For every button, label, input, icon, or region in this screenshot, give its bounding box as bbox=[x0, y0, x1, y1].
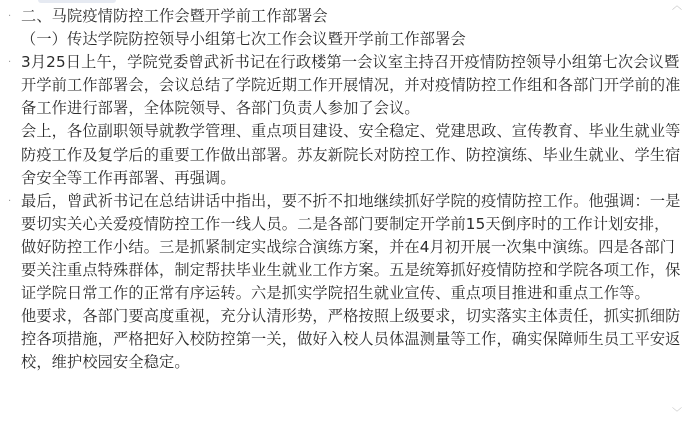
scroll-up-icon[interactable]: ︿ bbox=[672, 3, 682, 11]
paragraph-line: 证学院日常工作的正常有序运转。六是抓实学院招生就业宣传、重点项目推进和重点工作等… bbox=[21, 284, 650, 302]
paragraph-line: 最后，曾武祈书记在总结讲话中指出，要不折不扣地继续抓好学院的疫情防控工作。他强调… bbox=[21, 192, 681, 210]
paragraph-requirements: 他要求，各部门要高度重视，充分认清形势，严格按照上级要求，切实落实主体责任，抓实… bbox=[21, 305, 683, 374]
top-edge-bar bbox=[38, 0, 116, 3]
paragraph-line: 防疫工作及复学后的重要工作做出部署。苏友新院长对防控工作、防控演练、毕业生就业、… bbox=[21, 146, 681, 164]
document-body: ·二、马院疫情防控工作会暨开学前工作部署会 （一）传达学院防控领导小组第七次工作… bbox=[21, 5, 683, 375]
bullet-marker: · bbox=[8, 51, 14, 74]
paragraph-line: 会上，各位副职领导就教学管理、重点项目建设、安全稳定、党建思政、宣传教育、毕业生… bbox=[21, 122, 681, 140]
paragraph-line: 校，维护校园安全稳定。 bbox=[21, 353, 190, 371]
paragraph-line: 3月25日上午，学院党委曾武祈书记在行政楼第一会议室主持召开疫情防控领导小组第七… bbox=[21, 53, 679, 71]
paragraph-line: 做好防控工作小结。三是抓紧制定实战综合演练方案，并在4月初开展一次集中演练。四是… bbox=[21, 238, 675, 256]
paragraph-line: 舍安全等工作再部署、再强调。 bbox=[21, 169, 236, 187]
paragraph-line: 备工作进行部署，全体院领导、各部门负责人参加了会议。 bbox=[21, 99, 420, 117]
subheading-text: （一）传达学院防控领导小组第七次工作会议暨开学前工作部署会 bbox=[21, 30, 466, 48]
heading-text: 二、马院疫情防控工作会暨开学前工作部署会 bbox=[21, 7, 328, 25]
paragraph-meeting-intro: ·3月25日上午，学院党委曾武祈书记在行政楼第一会议室主持召开疫情防控领导小组第… bbox=[21, 51, 683, 120]
paragraph-line: 开学前工作部署会，会议总结了学院近期工作开展情况，并对疫情防控工作组和各部门开学… bbox=[21, 76, 681, 94]
bullet-marker: · bbox=[8, 5, 14, 28]
scroll-down-icon[interactable]: ﹀ bbox=[672, 410, 682, 418]
paragraph-line: 要切实关心关爱疫情防控工作一线人员。二是各部门要制定开学前15天倒序时的工作计划… bbox=[21, 215, 669, 233]
paragraph-line: 要关注重点特殊群体，制定帮扶毕业生就业工作方案。五是统筹抓好疫情防控和学院各项工… bbox=[21, 261, 681, 279]
paragraph-line: 控各项措施，严格把好入校防控第一关，做好入校人员体温测量等工作，确实保障师生员工… bbox=[21, 330, 681, 348]
bullet-marker: · bbox=[8, 190, 14, 213]
paragraph-deputy-leaders: 会上，各位副职领导就教学管理、重点项目建设、安全稳定、党建思政、宣传教育、毕业生… bbox=[21, 120, 683, 189]
paragraph-secretary-summary: ·最后，曾武祈书记在总结讲话中指出，要不折不扣地继续抓好学院的疫情防控工作。他强… bbox=[21, 190, 683, 305]
paragraph-line: 他要求，各部门要高度重视，充分认清形势，严格按照上级要求，切实落实主体责任，抓实… bbox=[21, 307, 681, 325]
section-heading: ·二、马院疫情防控工作会暨开学前工作部署会 bbox=[21, 5, 683, 28]
subsection-heading: （一）传达学院防控领导小组第七次工作会议暨开学前工作部署会 bbox=[21, 28, 683, 51]
